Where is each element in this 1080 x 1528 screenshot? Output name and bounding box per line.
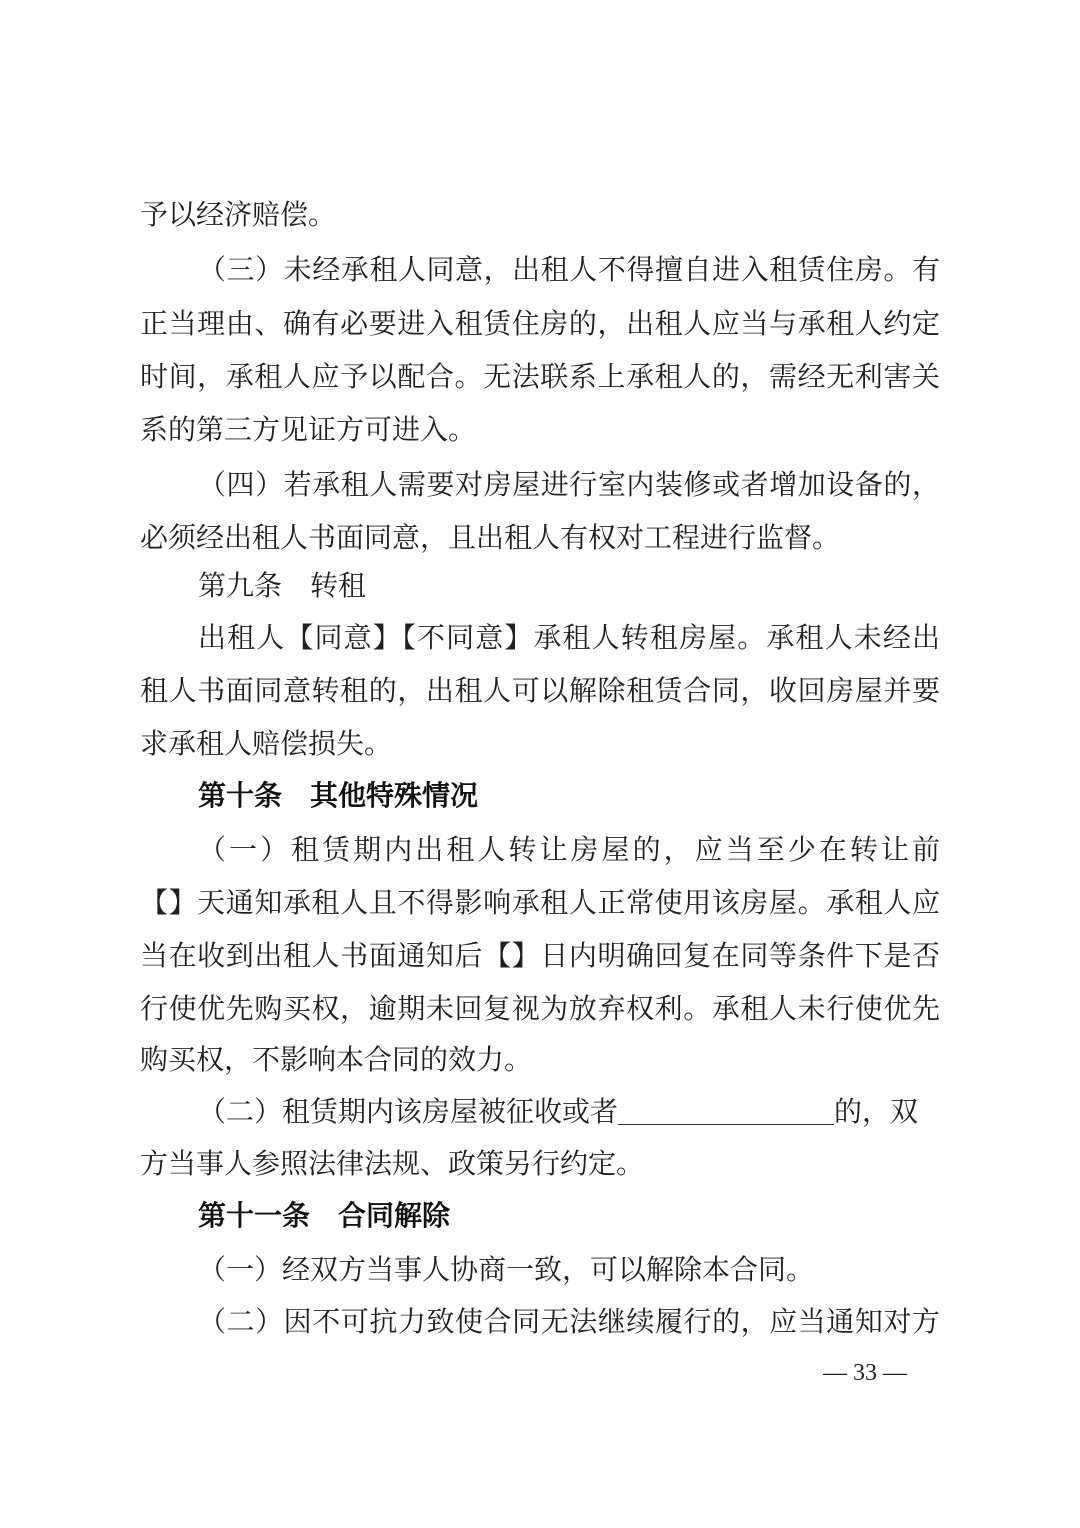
paragraph-line: 予以经济赔偿。: [140, 195, 940, 235]
clause-8-3-line: 正当理由、确有必要进入租赁住房的，出租人应当与承租人约定: [140, 304, 940, 344]
clause-10-1-line: 行使优先购买权，逾期未回复视为放弃权利。承租人未行使优先: [140, 989, 940, 1029]
fill-in-blank: [618, 1096, 834, 1125]
clause-8-3-line: 系的第三方见证方可进入。: [140, 410, 940, 450]
article-9-heading: 第九条 转租: [198, 566, 940, 606]
clause-10-2-text: （二）租赁期内该房屋被征收或者: [198, 1095, 618, 1128]
clause-10-1-line: 【】天通知承租人且不得影响承租人正常使用该房屋。承租人应: [140, 883, 940, 923]
article-9-line: 出租人【同意】【不同意】承租人转租房屋。承租人未经出: [198, 618, 940, 658]
clause-8-4-line: （四）若承租人需要对房屋进行室内装修或者增加设备的，: [198, 465, 940, 505]
clause-10-2-line: 方当事人参照法律法规、政策另行约定。: [140, 1144, 940, 1184]
article-9-line: 求承租人赔偿损失。: [140, 724, 940, 764]
clause-10-1-line: 当在收到出租人书面通知后【】日内明确回复在同等条件下是否: [140, 936, 940, 976]
article-11-heading: 第十一条 合同解除: [198, 1196, 940, 1236]
clause-8-3-line: （三）未经承租人同意，出租人不得擅自进入租赁住房。有: [198, 250, 940, 290]
article-9-line: 租人书面同意转租的，出租人可以解除租赁合同，收回房屋并要: [140, 671, 940, 711]
article-10-heading: 第十条 其他特殊情况: [198, 776, 940, 816]
clause-10-1-line: 购买权，不影响本合同的效力。: [140, 1040, 940, 1080]
clause-10-1-line: （一）租赁期内出租人转让房屋的，应当至少在转让前: [198, 830, 940, 870]
clause-11-2-line: （二）因不可抗力致使合同无法继续履行的，应当通知对方: [198, 1302, 940, 1342]
clause-10-2-line: （二）租赁期内该房屋被征收或者的，双: [198, 1092, 940, 1132]
clause-10-2-text-end: 的，双: [834, 1095, 918, 1128]
clause-8-4-line: 必须经出租人书面同意，且出租人有权对工程进行监督。: [140, 518, 940, 558]
clause-11-1-line: （一）经双方当事人协商一致，可以解除本合同。: [198, 1250, 940, 1290]
document-page: 予以经济赔偿。 （三）未经承租人同意，出租人不得擅自进入租赁住房。有 正当理由、…: [0, 0, 1080, 1528]
page-number: — 33 —: [800, 1355, 930, 1391]
clause-8-3-line: 时间，承租人应予以配合。无法联系上承租人的，需经无利害关: [140, 357, 940, 397]
